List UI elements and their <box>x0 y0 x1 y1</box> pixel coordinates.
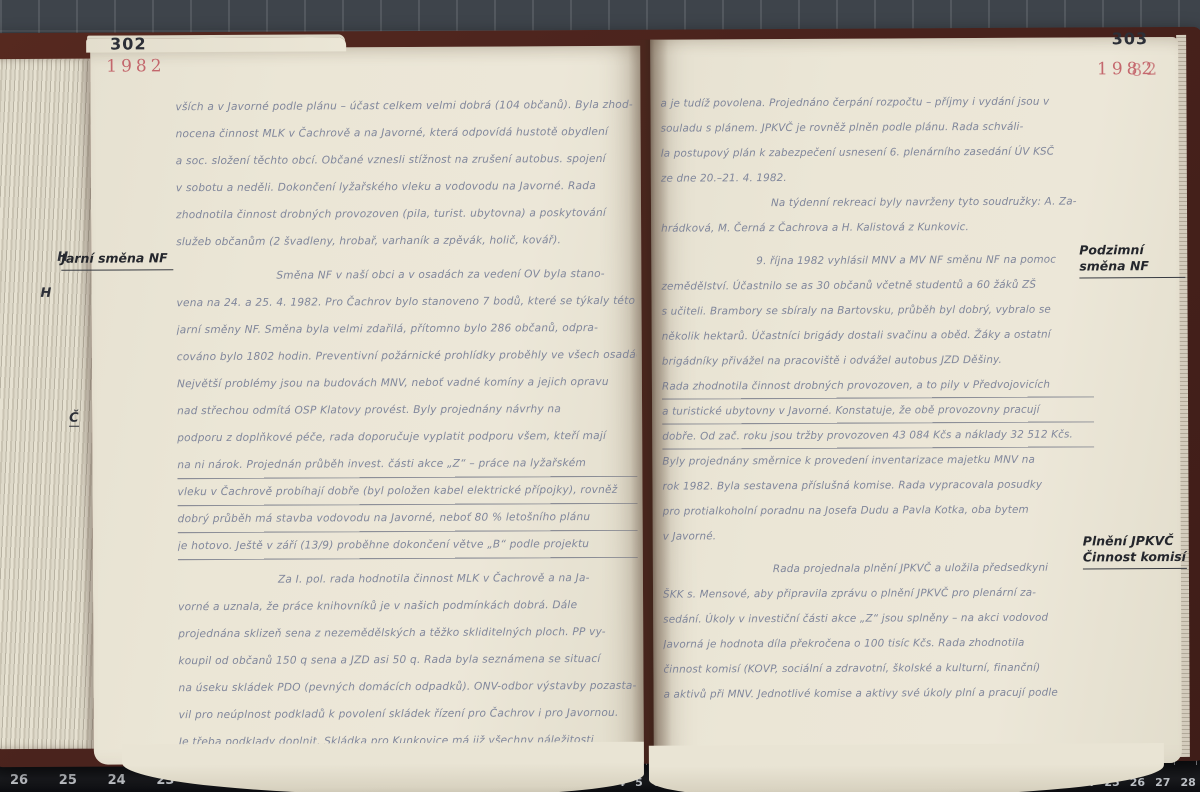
handwritten-line: na úseku skládek PDO (pevných domácích o… <box>178 673 638 702</box>
ruler-number: 26 <box>10 773 28 788</box>
handwritten-line: podporu z doplňkové péče, rada doporučuj… <box>177 423 637 452</box>
handwritten-line: Směna NF v naší obci a v osadách za vede… <box>176 261 636 290</box>
handwritten-line: na ni nárok. Projednán průběh invest. čá… <box>177 450 637 479</box>
right-page-bottom-curve <box>649 743 1164 792</box>
handwritten-line: ŠKK s. Mensové, aby připravila zprávu o … <box>663 580 1095 607</box>
margin-note-jarni-smena-nf: Jarní směna NF <box>61 250 173 271</box>
handwritten-line: vleku v Čachrově probíhají dobře (byl po… <box>177 477 637 506</box>
handwritten-line: nocena činnost MLK v Čachrově a na Javor… <box>176 119 636 148</box>
handwritten-line: Javorná je hodnota díla překročena o 100… <box>663 630 1095 657</box>
ruler-number: 28 <box>1181 776 1196 789</box>
left-page-text: vších a v Javorné podle plánu – účast ce… <box>175 92 638 763</box>
right-page: 303 1982 82 Podzimní směna NF Plnění JPK… <box>650 37 1182 766</box>
handwritten-line: v sobotu a neděli. Dokončení lyžařského … <box>176 173 636 202</box>
handwritten-line: sedání. Úkoly v investiční části akce „Z… <box>663 605 1095 632</box>
handwritten-line: činnost komisí (KOVP, sociální a zdravot… <box>663 655 1095 682</box>
handwritten-line: s učiteli. Brambory se sbíraly na Bartov… <box>661 297 1093 324</box>
paragraph: Za I. pol. rada hodnotila činnost MLK v … <box>178 565 639 756</box>
handwritten-line: Největší problémy jsou na budovách MNV, … <box>177 369 637 398</box>
handwritten-line: a soc. složení těchto obcí. Občané vznes… <box>176 146 636 175</box>
handwritten-line: je hotovo. Ještě v září (13/9) proběhne … <box>178 531 638 560</box>
page-number-right: 303 <box>1112 29 1149 48</box>
handwritten-line: rok 1982. Byla sestavena příslušná komis… <box>662 472 1094 499</box>
handwritten-line: projednána sklizeň sena z nezemědělských… <box>178 619 638 648</box>
paragraph: a je tudíž povolena. Projednáno čerpání … <box>660 89 1093 241</box>
ruler-number: 24 <box>108 773 126 788</box>
margin-note-line-2: Činnost komisí <box>1083 549 1187 566</box>
handwritten-line: hrádková, M. Černá z Čachrova a H. Kalis… <box>661 214 1093 241</box>
handwritten-line: cováno bylo 1802 hodin. Preventivní požá… <box>177 342 637 371</box>
margin-note-plneni-jpkvc: Plnění JPKVČ Činnost komisí <box>1083 533 1187 570</box>
handwritten-line: v Javorné. <box>663 522 1095 549</box>
handwritten-line: vších a v Javorné podle plánu – účast ce… <box>175 92 635 121</box>
handwritten-line: a je tudíž povolena. Projednáno čerpání … <box>660 89 1092 116</box>
handwritten-line: několik hektarů. Účastníci brigády dosta… <box>662 322 1094 349</box>
handwritten-line: vorné a uznala, že práce knihovníků je v… <box>178 592 638 621</box>
paragraph: Směna NF v naší obci a v osadách za vede… <box>176 261 638 560</box>
handwritten-line: vil pro neúplnost podkladů k povolení sk… <box>179 700 639 729</box>
handwritten-line: la postupový plán k zabezpečení usnesení… <box>661 139 1093 166</box>
handwritten-line: Za I. pol. rada hodnotila činnost MLK v … <box>178 565 638 594</box>
year-stamp-right: 1982 82 <box>1097 59 1156 79</box>
handwritten-line: ze dne 20.–21. 4. 1982. <box>661 164 1093 191</box>
paragraph: vších a v Javorné podle plánu – účast ce… <box>175 92 636 256</box>
handwritten-line: zhodnotila činnost drobných provozoven (… <box>176 200 636 229</box>
edge-letter-3: Č <box>69 411 79 427</box>
handwritten-line: vena na 24. a 25. 4. 1982. Pro Čachrov b… <box>176 288 636 317</box>
handwritten-line: nad střechou odmítá OSP Klatovy provést.… <box>177 396 637 425</box>
handwritten-line: pro protialkoholní poradnu na Josefa Dud… <box>663 497 1095 524</box>
chronicle-book: H H Č 302 1982 Jarní směna NF vších a v … <box>0 27 1200 767</box>
handwritten-line: brigádníky přivážel na pracoviště i odvá… <box>662 347 1094 374</box>
edge-letter-2: H <box>40 286 51 301</box>
handwritten-line: Rada zhodnotila činnost drobných provozo… <box>662 372 1094 399</box>
handwritten-line: Rada projednala plnění JPKVČ a uložila p… <box>663 555 1095 582</box>
paragraph: Rada projednala plnění JPKVČ a uložila p… <box>663 555 1096 707</box>
left-page: 302 1982 Jarní směna NF vších a v Javorn… <box>90 46 644 765</box>
margin-note-line-1: Plnění JPKVČ <box>1083 533 1187 550</box>
handwritten-line: zemědělství. Účastnilo se as 30 občanů v… <box>661 272 1093 299</box>
page-number-left: 302 <box>110 34 147 53</box>
right-page-text: a je tudíž povolena. Projednáno čerpání … <box>660 89 1095 715</box>
margin-note-podzimni-smena-nf: Podzimní směna NF <box>1079 242 1185 279</box>
ruler-number: 27 <box>1155 776 1170 789</box>
handwritten-line: služeb občanům (2 švadleny, hrobař, varh… <box>176 227 636 256</box>
ruler-number: 25 <box>59 773 77 788</box>
handwritten-line: souladu s plánem. JPKVČ je rovněž plněn … <box>661 114 1093 141</box>
paragraph: 9. října 1982 vyhlásil MNV a MV NF směnu… <box>661 247 1095 549</box>
handwritten-line: a aktivů při MNV. Jednotlivé komise a ak… <box>663 680 1095 707</box>
handwritten-line: a turistické ubytovny v Javorné. Konstat… <box>662 397 1094 424</box>
year-stamp-right-ghost: 82 <box>1130 59 1161 81</box>
handwritten-line: koupil od občanů 150 q sena a JZD asi 50… <box>178 646 638 675</box>
page-edges-left-stack: H H Č <box>0 59 94 749</box>
left-page-bottom-curve <box>122 742 644 792</box>
handwritten-line: Na týdenní rekreaci byly navrženy tyto s… <box>661 189 1093 216</box>
handwritten-line: dobrý průběh má stavba vodovodu na Javor… <box>178 504 638 533</box>
handwritten-line: Byly projednány směrnice k provedení inv… <box>662 447 1094 474</box>
handwritten-line: dobře. Od zač. roku jsou tržby provozove… <box>662 422 1094 449</box>
year-stamp-left: 1982 <box>106 56 165 76</box>
handwritten-line: 9. října 1982 vyhlásil MNV a MV NF směnu… <box>661 247 1093 274</box>
handwritten-line: jarní směny NF. Směna byla velmi zdařilá… <box>177 315 637 344</box>
